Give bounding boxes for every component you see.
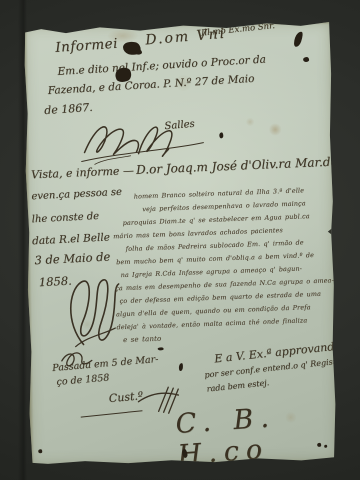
issuance-underline bbox=[81, 410, 143, 417]
paper-top-deckle bbox=[23, 21, 332, 30]
heading-flourish-text: D.om Vni bbox=[145, 26, 227, 49]
ink-speck bbox=[317, 443, 321, 447]
margin-line-2: lhe conste de bbox=[32, 211, 100, 225]
margin-line-3: data R.el Belle bbox=[32, 231, 110, 247]
ink-speck bbox=[178, 363, 183, 371]
issuance-line-2: ço de 1858 bbox=[56, 372, 110, 387]
photo-stage: Ill.mo Ex.mo Snr. Informei D.om Vni Em.e… bbox=[0, 0, 360, 480]
closing-signature: C. B. H.co bbox=[175, 398, 342, 471]
decision-opening: Vista, e informe — bbox=[31, 164, 134, 181]
ink-speck bbox=[324, 445, 327, 448]
closing-line-3: rada bem estej. bbox=[206, 378, 269, 393]
manuscript-page: Ill.mo Ex.mo Snr. Informei D.om Vni Em.e… bbox=[23, 21, 339, 467]
margin-line-4: 3 de Maio de bbox=[34, 249, 110, 267]
ink-blot bbox=[135, 50, 142, 55]
margin-line-1: even.ça pessoa se bbox=[31, 187, 122, 203]
ink-speck bbox=[219, 132, 223, 138]
decision-body: homem Branco solteiro natural da Ilha 3.… bbox=[112, 183, 338, 347]
heading-word: Informei bbox=[55, 36, 119, 56]
ink-speck bbox=[38, 449, 42, 453]
ink-blot bbox=[303, 57, 309, 62]
ink-speck bbox=[158, 347, 164, 350]
ink-blot bbox=[292, 30, 304, 47]
